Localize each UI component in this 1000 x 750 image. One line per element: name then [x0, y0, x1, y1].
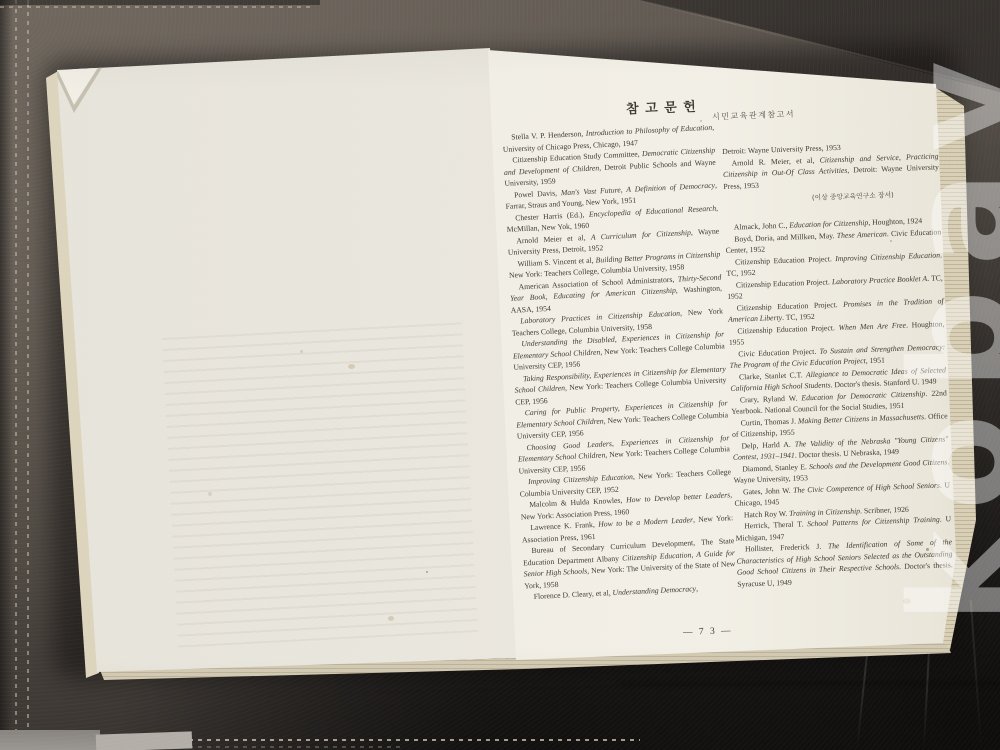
bibliography-column-left: Stella V. P. Henderson, Introduction to …	[502, 122, 737, 603]
bibliography-entry: Boyd, Doria, and Millken, May. These Ame…	[725, 226, 942, 257]
stitch-seam-top	[0, 6, 315, 8]
bibliography-entry: Malcolm & Hulda Knowles, How to Develop …	[520, 489, 733, 522]
bibliography-entry: Almack, John C., Education for Citizensh…	[725, 214, 941, 233]
page-stain	[388, 616, 394, 621]
bibliography-entry: Herrick, Theral T. School Patterns for C…	[735, 513, 952, 544]
bibliography-entry: Improving Citizenship Education, New Yor…	[519, 466, 732, 499]
bibliography-entry: Hollister, Frederick J. The Identificati…	[736, 536, 953, 590]
bibliography-entry: Gates, John W. The Civic Competence of H…	[734, 479, 951, 510]
fabric-patch-bottom-left	[0, 730, 100, 750]
bibliography-entry: Taking Responsibility, Experiences in Ci…	[514, 363, 727, 408]
page-subtitle: 시민교육관계참고서	[712, 109, 795, 123]
leather-top-edge	[0, 0, 320, 5]
page-speck	[890, 240, 892, 242]
page-speck	[700, 120, 702, 122]
bibliography-entry: Citizenship Education Study Committee, D…	[503, 145, 716, 190]
bibliography-entry: Understanding the Disabled, Experiences …	[512, 328, 725, 373]
bibliography-entry: Civic Education Project. To Sustain and …	[729, 341, 946, 372]
bibliography-entry: Stella V. P. Henderson, Introduction to …	[502, 122, 715, 155]
bibliography-entry: Bureau of Secondary Curriculum Developme…	[522, 535, 736, 591]
bibliography-entry: Citizenship Education Project. When Men …	[728, 318, 945, 349]
bibliography-entry: American Association of School Administr…	[509, 271, 722, 316]
page-stain	[300, 350, 303, 353]
bibliography-entry: Chester Harris (Ed.), Encyclopedia of Ed…	[506, 202, 719, 235]
stitch-seam-left-inner	[27, 0, 29, 750]
page-number: — 7 3 —	[683, 626, 733, 638]
page-title: 참 고 문 헌	[626, 96, 696, 117]
fabric-patch-bottom-left-2	[96, 731, 193, 750]
bibliography-entry: Citizenship Education Project. Improving…	[726, 249, 943, 280]
bibliography-entry: Florence D. Cleary, et al, Understanding…	[524, 581, 736, 603]
bibliography-entry: Caring for Public Property, Experiences …	[515, 397, 728, 442]
bibliography-entry: William S. Vincent et al, Building Bette…	[508, 248, 721, 281]
photo-scene: 참 고 문 헌 시민교육관계참고서 Stella V. P. Henderson…	[0, 0, 1000, 750]
page-stain	[903, 598, 911, 604]
bibliography-entry: Choosing Good Leaders, Experiences in Ci…	[517, 432, 730, 477]
bibliography-entry: Citizenship Education Project. Laborator…	[727, 272, 944, 303]
bibliography-entry: Citizenship Education Project. Promises …	[727, 295, 944, 326]
bibliography-entry: Delp, Harld A. The Validity of the Nebra…	[732, 433, 949, 464]
leather-fold-shadow	[0, 0, 13, 750]
collection-note: (이상 중앙교육연구소 장서)	[724, 188, 940, 206]
bibliography-entry: Clarke, Stanlet C.T. Allegiance to Democ…	[730, 364, 947, 395]
page-stain	[208, 492, 212, 496]
bibliography-column-right: Detroit: Wayne University Press, 1953Arn…	[722, 138, 953, 589]
bibliography-entry: Crary, Ryland W. Education for Democrati…	[731, 387, 948, 418]
bibliography-entry: Detroit: Wayne University Press, 1953	[722, 138, 938, 157]
bibliography-entry: Curtin, Thomas J. Making Better Citizens…	[731, 410, 948, 441]
bibliography-entry: Arnold Meier et al, A Curriculum for Cit…	[507, 225, 720, 258]
stitch-seam-left-outer	[15, 0, 17, 750]
bibliography-entry: Laboratory Practices in Citizenship Educ…	[511, 305, 724, 338]
bibliography-entry: Hatch Roy W. Training in Citizenship. Sc…	[735, 502, 951, 521]
bibliography-entry: Powel Davis, Man's Vast Future, A Defini…	[505, 179, 718, 212]
bibliography-entry: Diamond, Stanley E. Schools and the Deve…	[733, 456, 950, 487]
page-stain	[348, 364, 355, 369]
bibliography-entry: Lawrence K. Frank, How to be a Modern Le…	[521, 512, 734, 545]
text-bleed-through	[162, 322, 478, 647]
leather-fold-line	[620, 682, 1000, 685]
page-speck	[926, 548, 929, 551]
bibliography-entry: Arnold R. Meier, et al, Citizenship and …	[722, 150, 939, 192]
leather-crease	[970, 600, 982, 750]
page-speck	[426, 571, 428, 573]
